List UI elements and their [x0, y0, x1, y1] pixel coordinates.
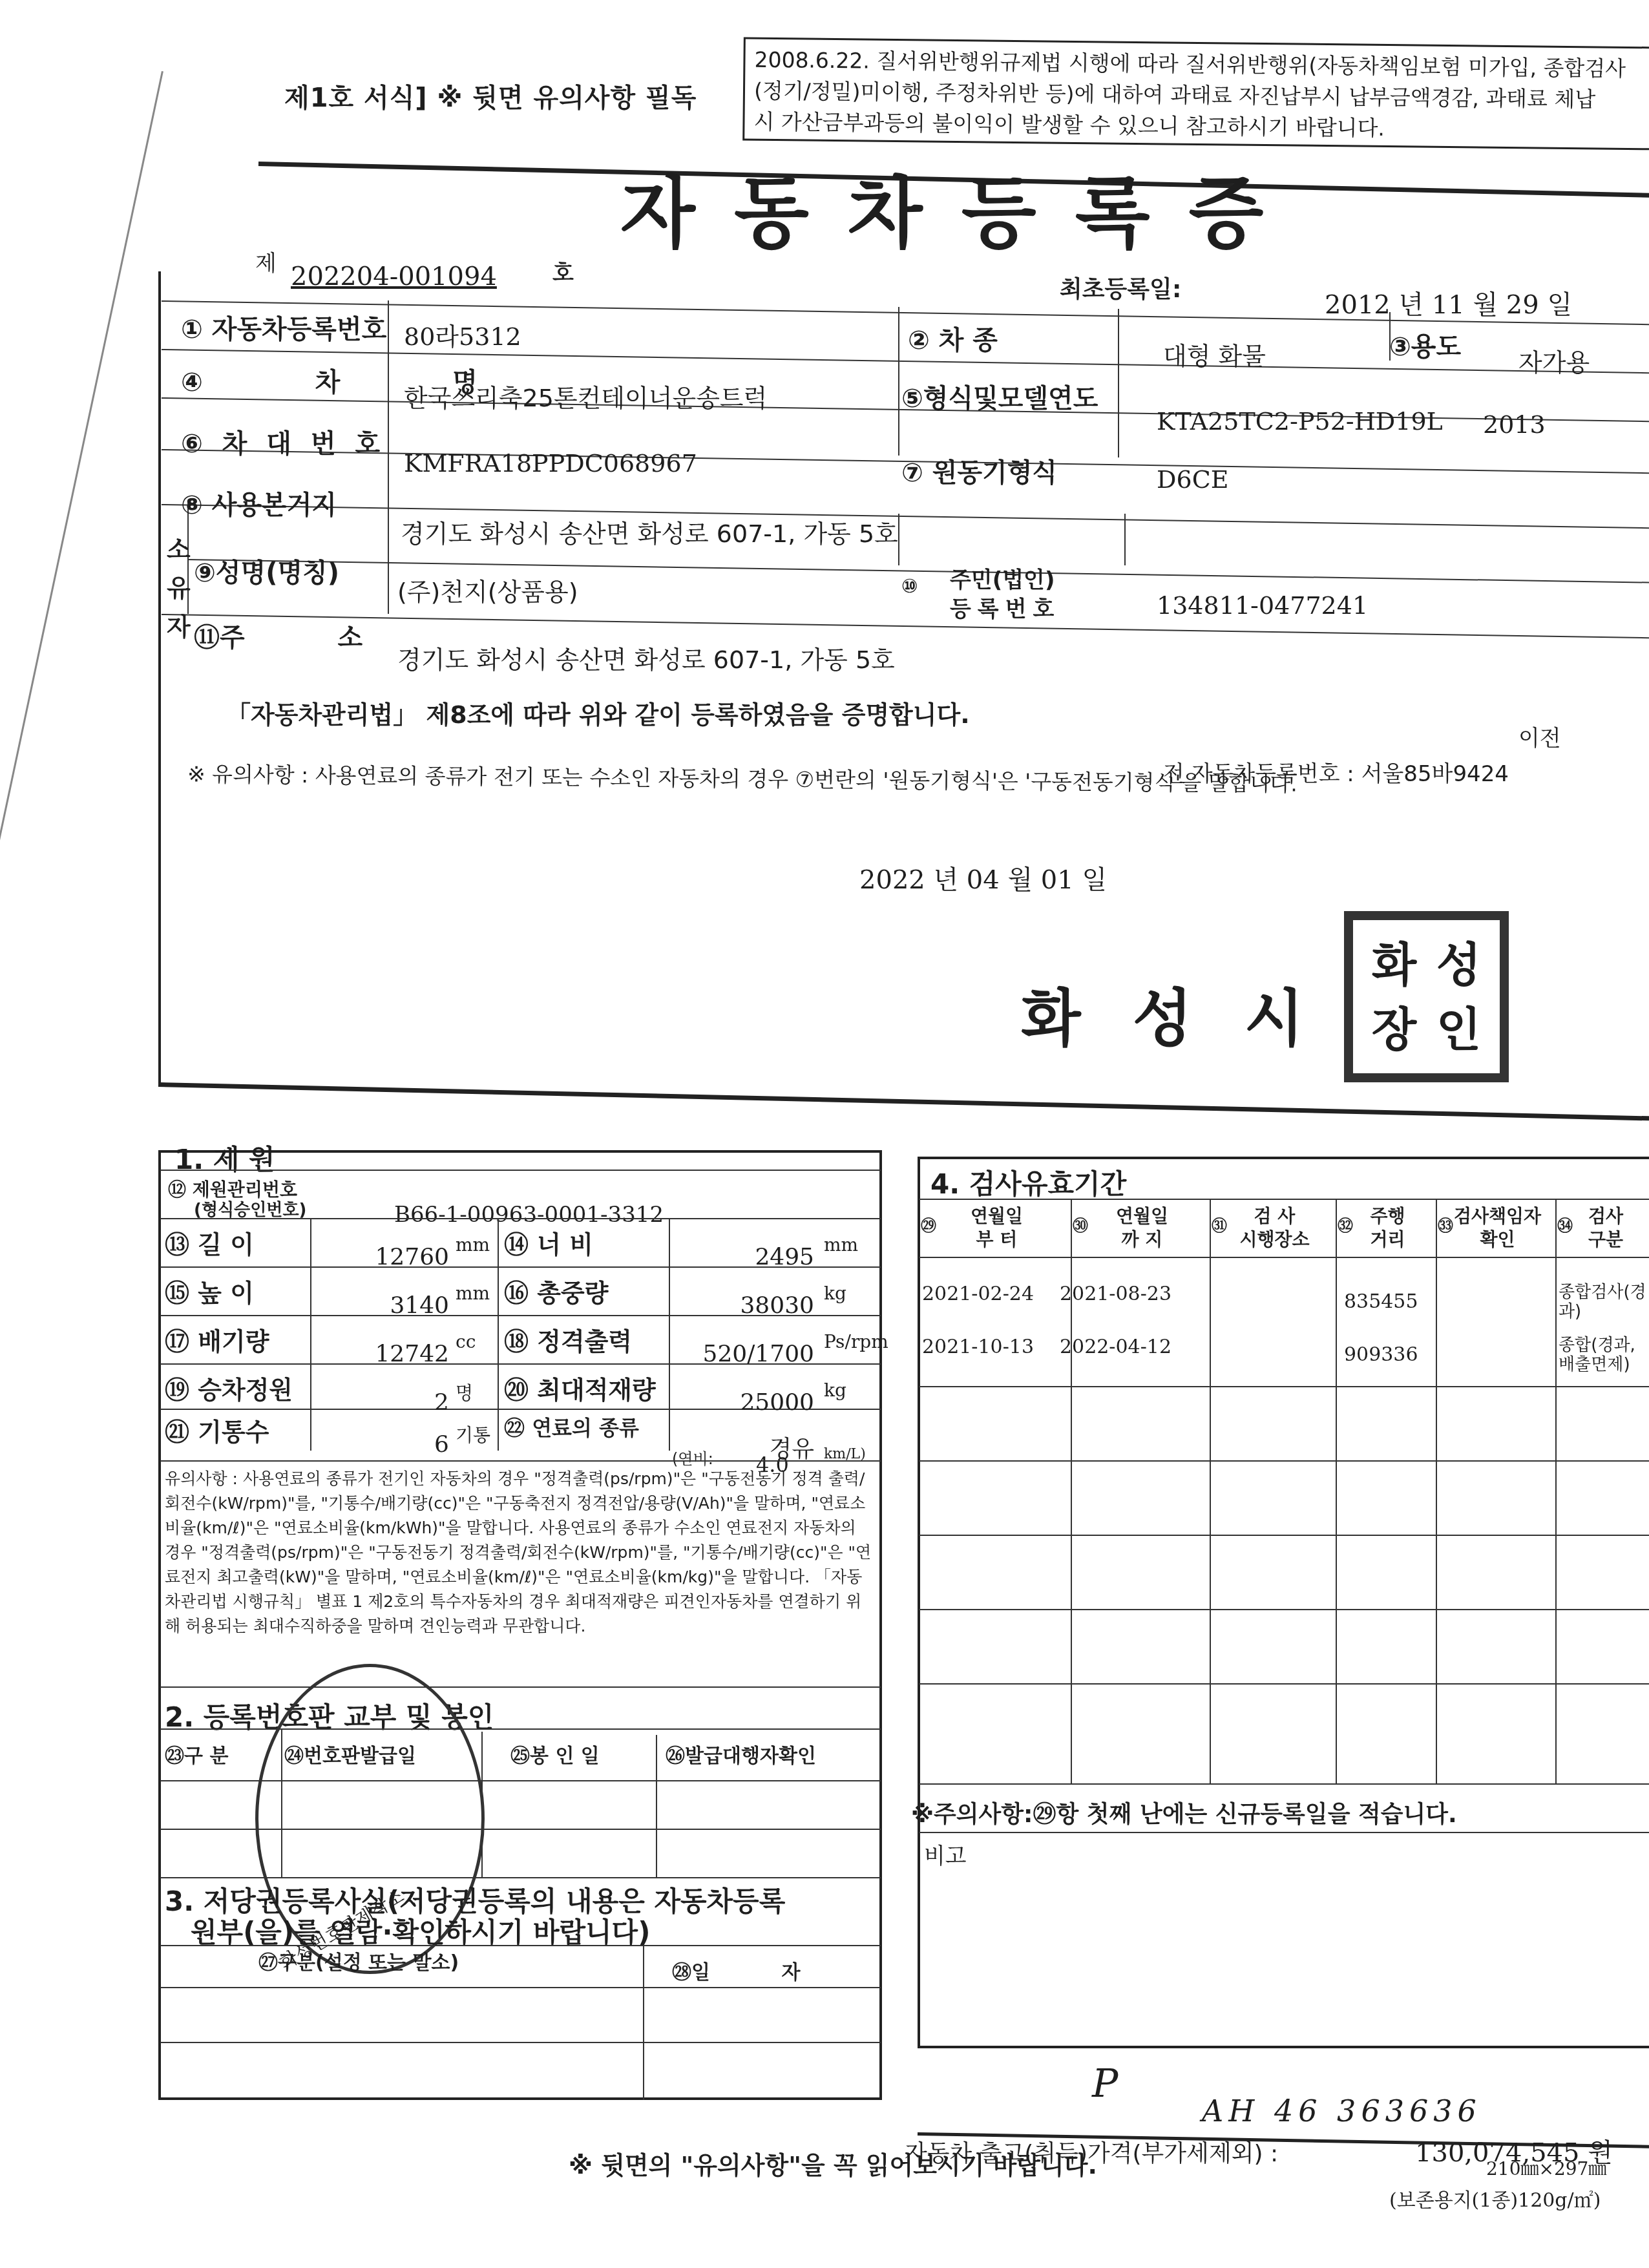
spec-label: ⑬ 길 이 [165, 1224, 254, 1260]
main-box-bottom-rule [158, 1082, 1649, 1121]
table-col-rule [898, 307, 899, 456]
inspection-col-header-l2: 시행장소 [1212, 1228, 1338, 1252]
plate-rule [160, 1728, 881, 1730]
vehicle-type-label: ② 차 종 [908, 320, 998, 357]
inspection-col-header-num: ㉝ [1438, 1214, 1453, 1237]
table-col-rule [388, 300, 389, 614]
vehicle-name-value: 한국쓰리축25톤컨테이너운송트럭 [404, 378, 767, 414]
table-col-rule [898, 514, 899, 565]
inspection-col-rule [1555, 1199, 1557, 1783]
spec-col-rule [310, 1218, 311, 1451]
inspection-cell-from: 2021-02-24 [922, 1283, 1034, 1305]
spec-rule [160, 1460, 881, 1462]
seal-char: 장 [1362, 997, 1427, 1062]
spec-value: 38030 [675, 1292, 814, 1319]
specs-notice: 유의사항 : 사용연료의 종류가 전기인 자동차의 경우 "정격출력(ps/rp… [165, 1467, 876, 1639]
inspection-col-header-l1: 연월일 [1073, 1205, 1212, 1228]
inspection-col-header: ㉝검사책임자확인 [1438, 1205, 1557, 1252]
spec-value: 2495 [675, 1244, 814, 1270]
table-col-rule [1124, 514, 1126, 565]
model-value: KTA25TC2-P52-HD19L [1157, 407, 1443, 436]
seal-char: 화 [1362, 932, 1427, 997]
spec-label: ㉑ 기통수 [165, 1412, 269, 1447]
owner-name-value: (주)천지(상품용) [397, 572, 578, 607]
inspection-rule [919, 1783, 1649, 1785]
inspection-caution: ※주의사항:㉙항 첫째 난에는 신규등록일을 적습니다. [911, 1796, 1457, 1829]
mortgage-rule [160, 1987, 881, 1988]
plate-rule [160, 1877, 881, 1878]
inspection-rule [919, 1832, 1649, 1833]
reg-no-suffix: 호 [552, 255, 574, 287]
spec-value: 2 [317, 1389, 449, 1416]
base-location-value: 경기도 화성시 송산면 화성로 607-1, 가동 5호 [401, 514, 898, 549]
inspection-col-header-l2: 부 터 [921, 1228, 1073, 1252]
model-year-value: 2013 [1483, 410, 1546, 439]
plate-col-header: ㉓구 분 [165, 1745, 228, 1768]
mortgage-col-header: ㉗구분(설정 또는 말소) [258, 1951, 459, 1975]
mortgage-title-line2: 원부(을)를 열람·확인하시기 바랍니다) [191, 1911, 650, 1950]
handwritten-mark: P [1092, 2061, 1118, 2106]
inspection-rule [919, 1386, 1649, 1387]
spec-rule [160, 1170, 881, 1171]
inspection-col-header-l1: 연월일 [921, 1205, 1073, 1228]
spec-label: ⑲ 승차정원 [165, 1370, 293, 1405]
page-title: 자동차등록증 [620, 152, 1303, 263]
table-col-rule [1118, 309, 1119, 457]
inspection-title: 4. 검사유효기간 [930, 1163, 1126, 1202]
owner-id-label-line1: 주민(법인) [950, 562, 1055, 594]
usage-value: 자가용 [1518, 342, 1590, 378]
inspection-col-rule [1210, 1199, 1211, 1783]
mortgage-col-header: ㉘일 자 [672, 1961, 800, 1984]
mgmt-number-value: B66-1-00963-0001-3312 [394, 1202, 664, 1228]
inspection-col-header-num: ㉞ [1557, 1214, 1573, 1237]
spec-label: ⑳ 최대적재량 [504, 1370, 656, 1405]
inspection-rule [919, 1609, 1649, 1610]
inspection-cell-type: 종합(경과,배출면제) [1559, 1336, 1649, 1376]
inspection-cell-to: 2021-08-23 [1060, 1283, 1171, 1305]
reg-no-prefix: 제 [255, 246, 277, 277]
spec-unit: kg [824, 1283, 846, 1304]
owner-id-value: 134811-0477241 [1157, 591, 1368, 620]
paper-size: 210㎜×297㎜ [1486, 2155, 1606, 2181]
inspection-col-header-num: ㉚ [1073, 1214, 1088, 1237]
mortgage-rule [160, 2042, 881, 2043]
plate-col-rule [656, 1735, 657, 1877]
inspection-col-header-l1: 검사책임자 [1438, 1205, 1557, 1228]
price-label: 자동차 출고(취득)가격(부가세제외) : [905, 2136, 1278, 2168]
inspection-rule [919, 1535, 1649, 1536]
spec-value: 6 [317, 1431, 449, 1458]
cert-statement: 「자동차관리법」 제8조에 따라 위와 같이 등록하였음을 증명합니다. [226, 695, 970, 730]
inspection-col-header-l2: 까 지 [1073, 1228, 1212, 1252]
inspection-col-header: ㉜주행거리 [1338, 1205, 1438, 1252]
owner-name-label: ⑨성명(명칭) [194, 552, 339, 589]
inspection-col-rule [1336, 1199, 1337, 1783]
inspection-col-header-num: ㉜ [1338, 1214, 1353, 1237]
spec-label: ⑮ 높 이 [165, 1273, 254, 1308]
handwritten-note: AH 46 363636 [1202, 2094, 1482, 2128]
issuer-name: 화성시 [1021, 969, 1356, 1058]
spec-rule [160, 1686, 881, 1688]
inspection-cell-type: 종합검사(경과) [1559, 1283, 1649, 1323]
spec-label: ⑰ 배기량 [165, 1321, 269, 1357]
official-seal: 화 성 장 인 [1344, 911, 1509, 1082]
spec-label: ⑱ 정격출력 [504, 1321, 632, 1357]
inspection-col-rule [1436, 1199, 1437, 1783]
spec-label: ⑯ 총중량 [504, 1273, 608, 1308]
spec-value: 3140 [317, 1292, 449, 1319]
mortgage-col-rule [643, 1945, 644, 2100]
inspection-rule [919, 1460, 1649, 1462]
vin-value: KMFRA18PPDC068967 [404, 449, 697, 478]
inspection-rule [919, 1683, 1649, 1685]
spec-unit: 명 [456, 1380, 473, 1405]
spec-label: ㉒ 연료의 종류 [504, 1412, 639, 1442]
inspection-rule [919, 1199, 1649, 1200]
notice-box: 2008.6.22. 질서위반행위규제법 시행에 따라 질서위반행위(자동차책임… [742, 37, 1649, 151]
seal-char: 인 [1427, 997, 1491, 1062]
certificate-number: 202204-001094 [291, 262, 497, 291]
spec-unit: mm [456, 1283, 490, 1304]
base-location-label: ⑧ 사용본거지 [181, 485, 337, 521]
spec-value: 12760 [317, 1244, 449, 1270]
owner-id-num: ⑩ [901, 575, 918, 598]
fuel-eff-label: (연비: [672, 1446, 713, 1469]
model-year-label: ⑤형식및모델연도 [901, 378, 1098, 415]
inspection-col-header-num: ㉙ [921, 1214, 936, 1237]
inspection-col-header: ㉞검사구분 [1557, 1205, 1649, 1252]
inspection-col-header-num: ㉛ [1212, 1214, 1227, 1237]
spec-unit: cc [456, 1331, 476, 1352]
engine-type-value: D6CE [1157, 465, 1228, 494]
spec-col-rule [498, 1218, 499, 1451]
spec-unit: mm [824, 1234, 858, 1255]
reg-number-value: 80라5312 [404, 317, 521, 352]
owner-id-label-line2: 등록번호 [950, 591, 1060, 623]
spec-unit: 기통 [456, 1422, 490, 1447]
inspection-cell-mileage: 909336 [1344, 1343, 1418, 1366]
spec-unit: kg [824, 1380, 846, 1401]
owner-address-value: 경기도 화성시 송산면 화성로 607-1, 가동 5호 [397, 640, 895, 675]
plate-col-header: ㉖발급대행자확인 [666, 1745, 816, 1768]
inspection-col-header-l2: 확인 [1438, 1228, 1557, 1252]
seal-char: 성 [1427, 932, 1491, 997]
inspection-cell-mileage: 835455 [1344, 1290, 1418, 1313]
spec-unit: Ps/rpm [824, 1331, 888, 1352]
page-edge [0, 71, 163, 1146]
inspection-col-header: ㉛검 사시행장소 [1212, 1205, 1338, 1252]
first-reg-date: 2012 년 11 월 29 일 [1325, 284, 1572, 321]
inspection-cell-from: 2021-10-13 [922, 1336, 1034, 1358]
spec-unit: mm [456, 1234, 490, 1255]
plate-col-header: ㉕봉 인 일 [510, 1745, 600, 1768]
paper-type: (보존용지(1종)120g/㎡) [1389, 2184, 1601, 2212]
vin-label: ⑥ 차 대 번 호 [181, 423, 385, 460]
inspection-col-header: ㉙연월일부 터 [921, 1205, 1073, 1252]
spec-rule [160, 1218, 881, 1219]
spec-value: 25000 [675, 1389, 814, 1416]
issue-date: 2022 년 04 월 01 일 [859, 859, 1107, 896]
first-reg-label: 최초등록일: [1060, 271, 1181, 304]
inspection-cell-to: 2022-04-12 [1060, 1336, 1171, 1358]
remarks-label: 비고 [924, 1838, 967, 1870]
inspection-rule [919, 1257, 1649, 1258]
usage-label: ③용도 [1389, 326, 1461, 363]
spec-label: ⑭ 너 비 [504, 1224, 593, 1260]
reg-number-label: ① 자동차등록번호 [181, 309, 386, 346]
inspection-col-header: ㉚연월일까 지 [1073, 1205, 1212, 1252]
mgmt-number-sublabel: (형식승인번호) [194, 1197, 306, 1221]
spec-value: 12742 [317, 1341, 449, 1367]
vehicle-type-value: 대형 화물 [1163, 336, 1266, 372]
spec-value: 520/1700 [675, 1341, 814, 1367]
spec-col-rule [669, 1218, 670, 1451]
engine-type-label: ⑦ 원동기형식 [901, 452, 1057, 489]
owner-group-label: 소유자 [167, 530, 187, 646]
specs-title: 1. 제 원 [174, 1139, 275, 1177]
mortgage-rule [160, 1945, 881, 1946]
form-tag: 제1호 서식] ※ 뒷면 유의사항 필독 [284, 78, 697, 114]
inspection-col-header-l1: 검 사 [1212, 1205, 1338, 1228]
transfer-label: 이전 [1518, 720, 1561, 752]
owner-address-label: ⑪주 소 [194, 617, 362, 654]
